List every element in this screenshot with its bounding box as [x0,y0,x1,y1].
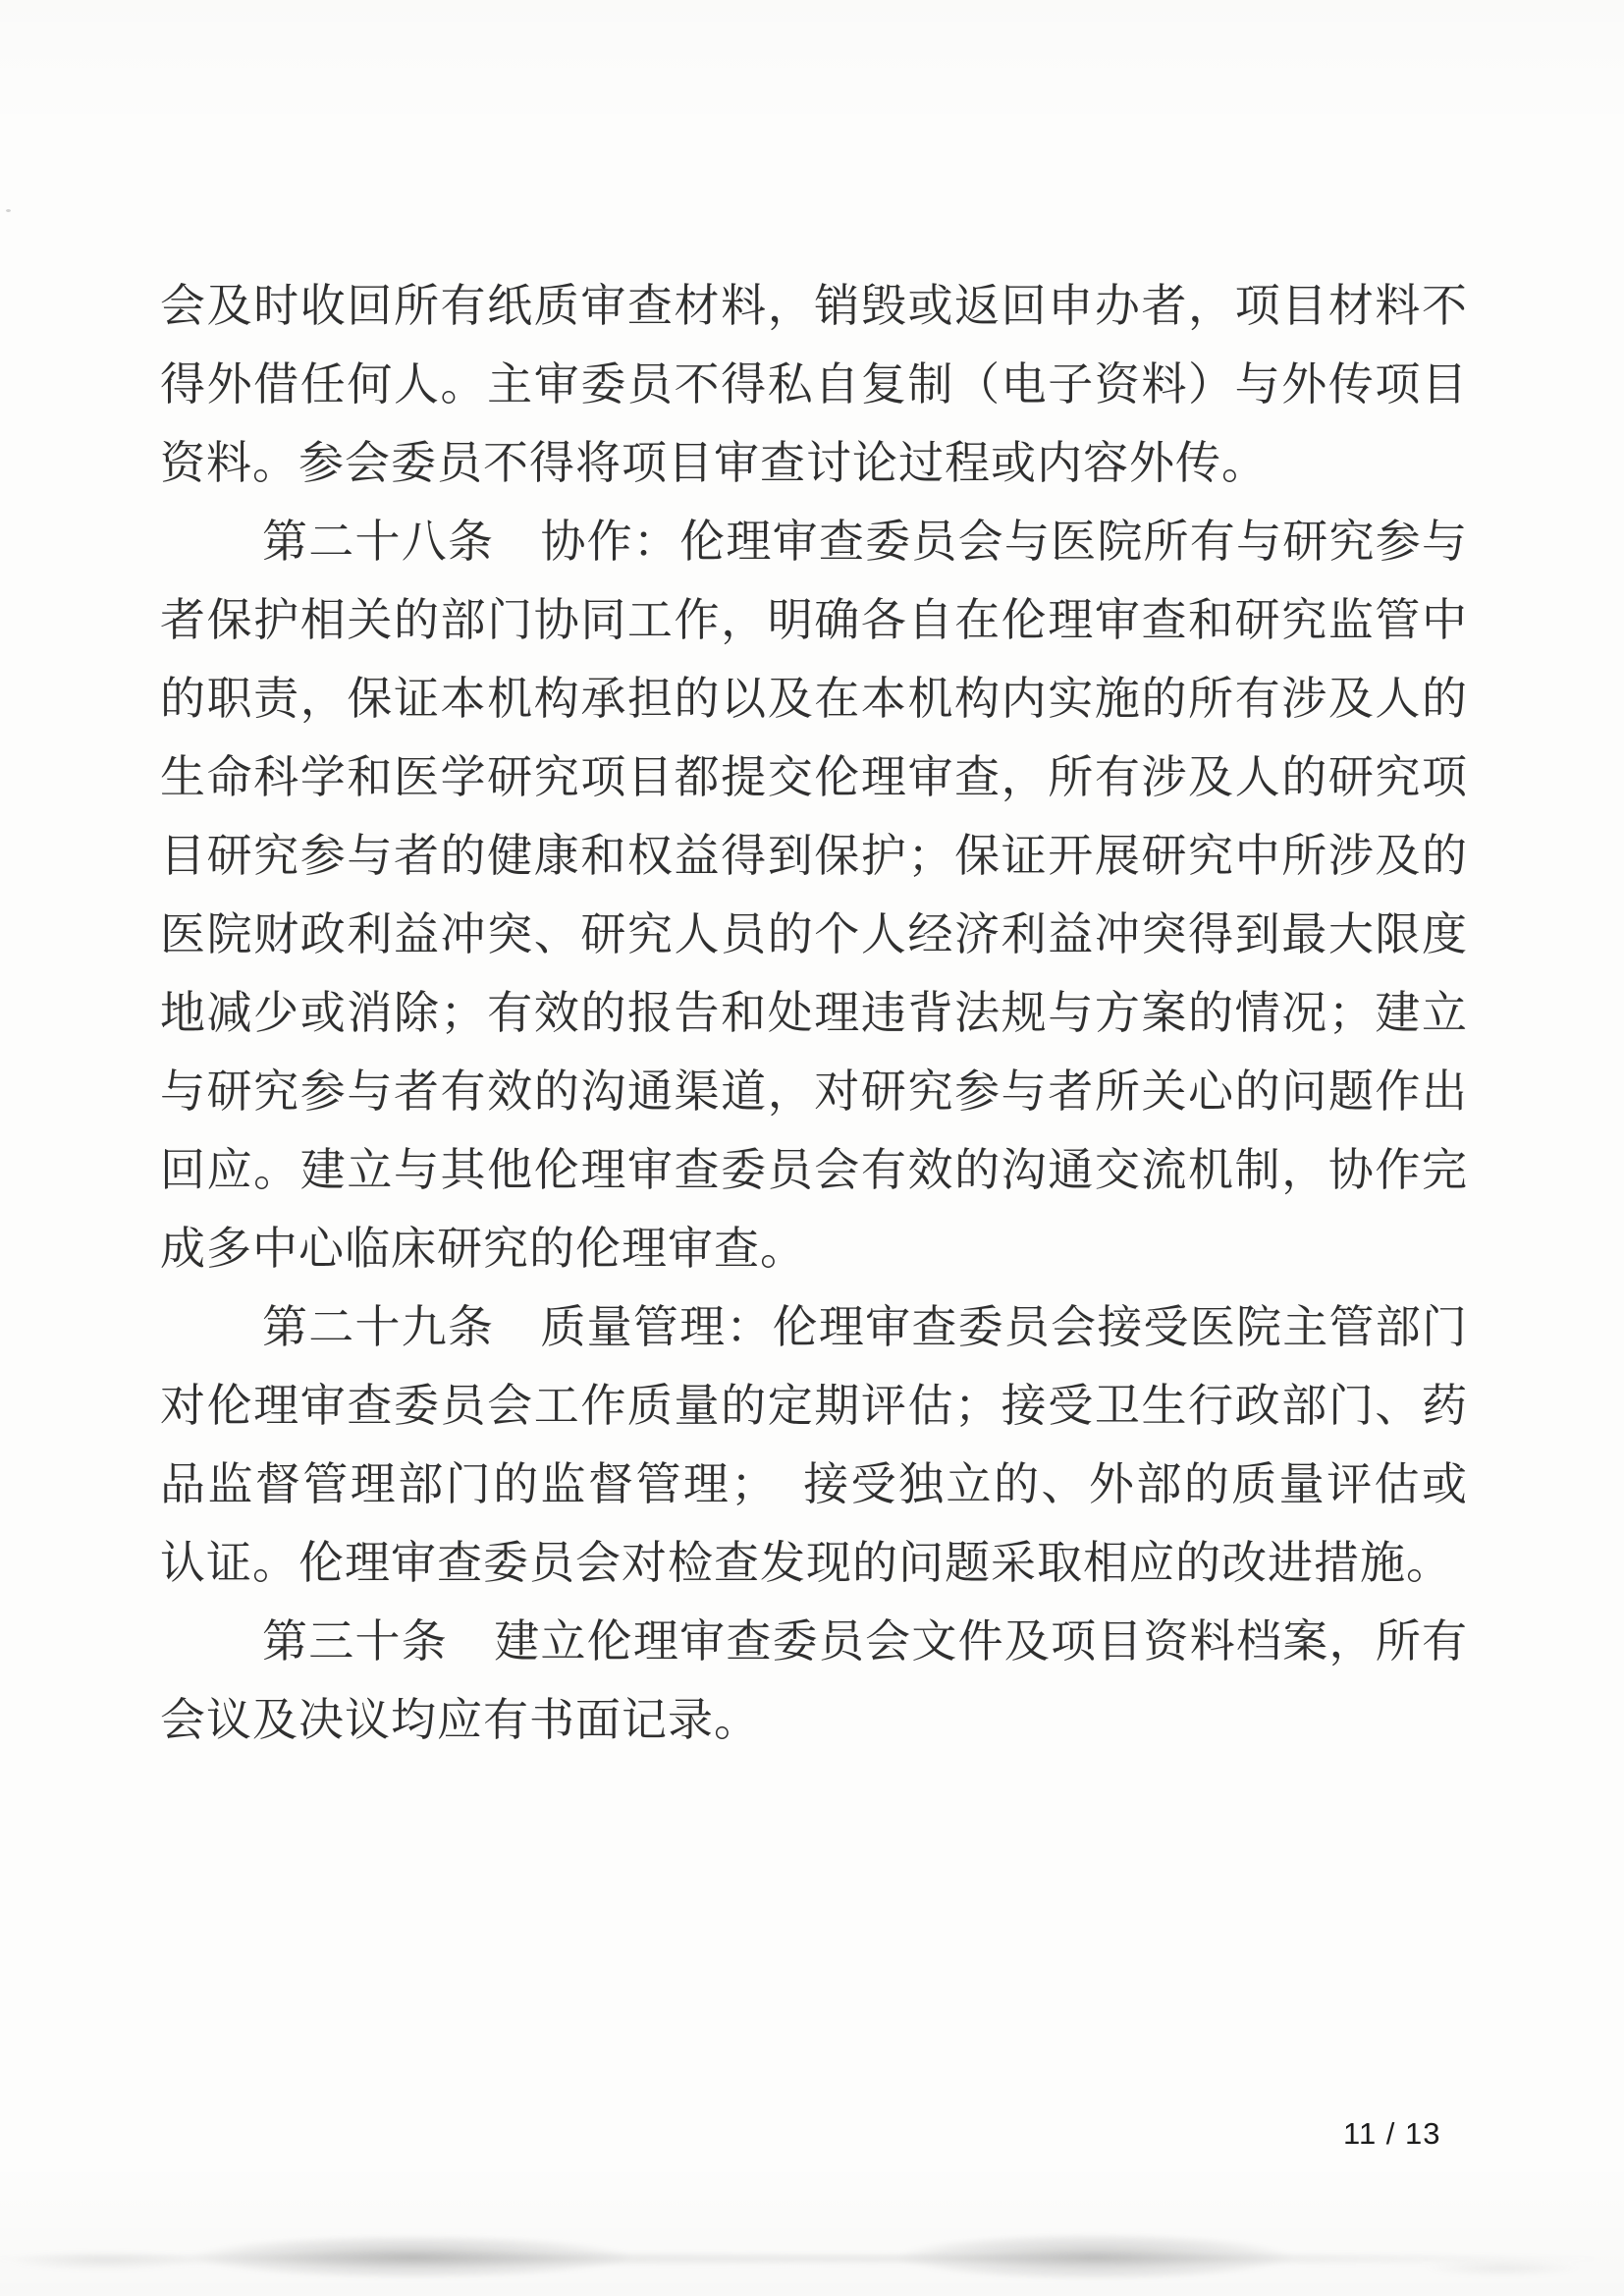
text-line: 第二十八条 协作：伦理审查委员会与医院所有与研究参与 [160,503,1468,581]
text-line: 与研究参与者有效的沟通渠道，对研究参与者所关心的问题作出 [160,1053,1468,1131]
text-line: 目研究参与者的健康和权益得到保护；保证开展研究中所涉及的 [160,817,1468,896]
text-line: 第二十九条 质量管理：伦理审查委员会接受医院主管部门 [160,1288,1468,1367]
text-line: 对伦理审查委员会工作质量的定期评估；接受卫生行政部门、药 [160,1367,1468,1446]
text-line: 品监督管理部门的监督管理； 接受独立的、外部的质量评估或 [160,1446,1468,1524]
scanner-speck-artifact [6,209,11,212]
text-line: 资料。参会委员不得将项目审查讨论过程或内容外传。 [160,424,1468,503]
text-line: 回应。建立与其他伦理审查委员会有效的沟通交流机制，协作完 [160,1131,1468,1210]
text-line: 者保护相关的部门协同工作，明确各自在伦理审查和研究监管中 [160,581,1468,660]
document-page: 会及时收回所有纸质审查材料，销毁或返回申办者，项目材料不得外借任何人。主审委员不… [0,0,1624,2296]
text-line: 医院财政利益冲突、研究人员的个人经济利益冲突得到最大限度 [160,896,1468,974]
text-line: 认证。伦理审查委员会对检查发现的问题采取相应的改进措施。 [160,1524,1468,1603]
text-line: 生命科学和医学研究项目都提交伦理审查，所有涉及人的研究项 [160,738,1468,817]
text-line: 得外借任何人。主审委员不得私自复制（电子资料）与外传项目 [160,346,1468,424]
text-line: 成多中心临床研究的伦理审查。 [160,1210,1468,1288]
text-line: 会及时收回所有纸质审查材料，销毁或返回申办者，项目材料不 [160,267,1468,346]
paragraph: 第三十条 建立伦理审查委员会文件及项目资料档案，所有会议及决议均应有书面记录。 [160,1603,1468,1760]
document-body: 会及时收回所有纸质审查材料，销毁或返回申办者，项目材料不得外借任何人。主审委员不… [160,267,1468,1760]
paragraph: 会及时收回所有纸质审查材料，销毁或返回申办者，项目材料不得外借任何人。主审委员不… [160,267,1468,503]
text-line: 的职责，保证本机构承担的以及在本机构内实施的所有涉及人的 [160,660,1468,738]
paragraph: 第二十九条 质量管理：伦理审查委员会接受医院主管部门对伦理审查委员会工作质量的定… [160,1288,1468,1603]
text-line: 第三十条 建立伦理审查委员会文件及项目资料档案，所有 [160,1603,1468,1681]
text-line: 地减少或消除；有效的报告和处理违背法规与方案的情况；建立 [160,974,1468,1053]
text-line: 会议及决议均应有书面记录。 [160,1681,1468,1760]
page-number: 11 / 13 [1343,2116,1441,2152]
paragraph: 第二十八条 协作：伦理审查委员会与医院所有与研究参与者保护相关的部门协同工作，明… [160,503,1468,1288]
scanner-noise-artifact [0,2203,1624,2296]
